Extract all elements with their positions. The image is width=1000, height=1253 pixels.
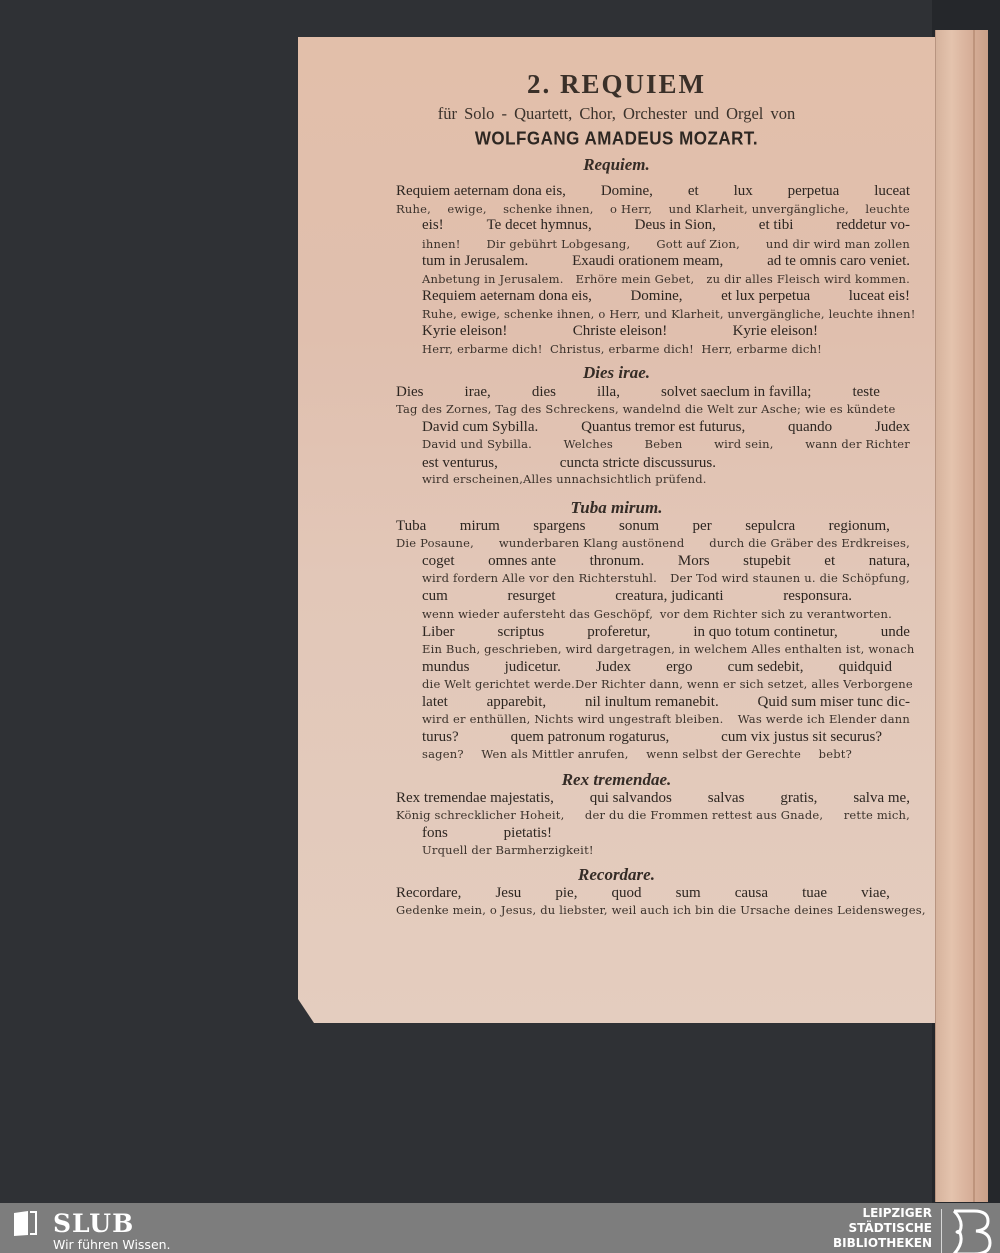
text-segment: in quo totum continetur, <box>693 624 837 641</box>
section-heading: Rex tremendae. <box>298 770 935 790</box>
text-segment: Gedenke mein, o Jesus, du liebster, weil… <box>396 903 926 917</box>
latin-text-line: Requiem aeternam dona eis,Domine,etluxpe… <box>396 183 910 200</box>
latin-text-line: Liberscriptusproferetur,in quo totum con… <box>422 624 910 641</box>
text-segment: Deus in Sion, <box>635 217 716 234</box>
text-segment: bebt? <box>819 747 852 761</box>
text-segment: David cum Sybilla. <box>422 419 538 436</box>
text-segment: Erhöre mein Gebet, <box>576 272 695 286</box>
text-segment: cum <box>422 588 448 605</box>
text-segment: responsura. <box>783 588 852 605</box>
text-segment: Alles unnachsichtlich prüfend. <box>523 472 707 486</box>
text-segment: Quantus tremor est futurus, <box>581 419 745 436</box>
text-segment: wird er enthüllen, Nichts wird ungestraf… <box>422 712 723 726</box>
text-segment: und Klarheit, unvergängliche, <box>669 202 849 216</box>
lsb-line-2: STÄDTISCHE <box>833 1221 932 1236</box>
text-segment: ewige, <box>447 202 486 216</box>
german-translation-line: Ein Buch, geschrieben, wird dargetragen,… <box>422 642 910 656</box>
text-segment: omnes ante <box>488 553 556 570</box>
text-segment: luceat <box>874 183 910 200</box>
text-segment: resurget <box>508 588 556 605</box>
text-segment: leuchte <box>865 202 910 216</box>
german-translation-line: ihnen!Dir gebührt Lobgesang,Gott auf Zio… <box>422 237 910 251</box>
lsb-line-3: BIBLIOTHEKEN <box>833 1236 932 1251</box>
latin-text-line: cogetomnes antethronum.Morsstupebitetnat… <box>422 553 910 570</box>
text-segment: Der Richter dann, wenn er sich setzet, a… <box>575 677 913 691</box>
text-segment: illa, <box>597 384 620 401</box>
text-segment: ad te omnis caro veniet. <box>767 253 910 270</box>
footer-bar: SLUB Wir führen Wissen. LEIPZIGER STÄDTI… <box>0 1203 1000 1253</box>
text-segment: turus? <box>422 729 459 746</box>
german-translation-line: Die Posaune,wunderbaren Klang austönendd… <box>396 536 910 550</box>
text-segment: Herr, erbarme dich! <box>422 342 543 356</box>
lsb-line-1: LEIPZIGER <box>833 1206 932 1221</box>
text-segment: quem patronum rogaturus, <box>511 729 670 746</box>
text-segment: Tuba <box>396 518 426 535</box>
text-segment: regionum, <box>829 518 890 535</box>
german-translation-line: wird erscheinen,Alles unnachsichtlich pr… <box>422 472 682 486</box>
text-segment: cum vix justus sit securus? <box>721 729 882 746</box>
text-segment: Die Posaune, <box>396 536 474 550</box>
text-segment: quando <box>788 419 832 436</box>
text-segment: der du die Frommen rettest aus Gnade, <box>585 808 823 822</box>
text-segment: et tibi <box>759 217 794 234</box>
text-segment: eis! <box>422 217 444 234</box>
text-segment: unde <box>881 624 910 641</box>
text-segment: tum in Jerusalem. <box>422 253 528 270</box>
text-segment: Welches <box>564 437 613 451</box>
text-segment: per <box>693 518 712 535</box>
latin-text-line: Requiem aeternam dona eis,Domine,et lux … <box>422 288 910 305</box>
german-translation-line: die Welt gerichtet werde.Der Richter dan… <box>422 677 910 691</box>
text-segment: fons <box>422 825 448 842</box>
section-heading: Tuba mirum. <box>298 498 935 518</box>
text-segment: Tag des Zornes, Tag des Schreckens, wand… <box>396 402 896 416</box>
text-segment: Der Tod wird staunen u. die Schöpfung, <box>670 571 910 585</box>
latin-text-line: David cum Sybilla.Quantus tremor est fut… <box>422 419 910 436</box>
text-segment: Kyrie eleison! <box>422 323 507 340</box>
text-segment: Quid sum miser tunc dic- <box>758 694 910 711</box>
text-segment: Dies <box>396 384 424 401</box>
text-segment: salvas <box>708 790 745 807</box>
text-segment: latet <box>422 694 448 711</box>
text-segment: wird fordern Alle vor den Richterstuhl. <box>422 571 657 585</box>
text-segment: wenn wieder aufersteht das Geschöpf, <box>422 607 653 621</box>
text-segment: vor dem Richter sich zu verantworten. <box>660 607 892 621</box>
lsb-logo-text: LEIPZIGER STÄDTISCHE BIBLIOTHEKEN <box>833 1206 932 1251</box>
composer-name: WOLFGANG AMADEUS MOZART. <box>298 128 935 150</box>
latin-text-line: fonspietatis! <box>422 825 552 842</box>
text-segment: cuncta stricte discussurus. <box>560 455 716 472</box>
text-segment: Liber <box>422 624 454 641</box>
text-segment: Ruhe, ewige, schenke ihnen, o Herr, und … <box>422 307 916 321</box>
text-segment: gratis, <box>780 790 817 807</box>
text-segment: et lux perpetua <box>721 288 810 305</box>
latin-text-line: cumresurgetcreatura, judicantiresponsura… <box>422 588 852 605</box>
text-segment: Mors <box>678 553 710 570</box>
text-segment: Was werde ich Elender dann <box>738 712 910 726</box>
latin-text-line: tum in Jerusalem.Exaudi orationem meam,a… <box>422 253 910 270</box>
german-translation-line: Ruhe,ewige,schenke ihnen,o Herr,und Klar… <box>396 202 910 216</box>
text-segment: Ruhe, <box>396 202 431 216</box>
latin-text-line: Diesirae,diesilla,solvet saeclum in favi… <box>396 384 880 401</box>
german-translation-line: Anbetung in Jerusalem.Erhöre mein Gebet,… <box>422 272 910 286</box>
text-segment: Domine, <box>601 183 653 200</box>
text-segment: die Welt gerichtet werde. <box>422 677 575 691</box>
text-segment: sagen? <box>422 747 464 761</box>
slub-logo-icon <box>12 1209 40 1237</box>
text-segment: Christus, erbarme dich! <box>550 342 694 356</box>
text-segment: Anbetung in Jerusalem. <box>422 272 564 286</box>
text-segment: coget <box>422 553 454 570</box>
book-spine-edge <box>935 30 988 1202</box>
text-segment: Jesu <box>495 885 521 902</box>
text-segment: Herr, erbarme dich! <box>701 342 822 356</box>
text-segment: luceat eis! <box>849 288 910 305</box>
text-segment: sum <box>676 885 701 902</box>
german-translation-line: Gedenke mein, o Jesus, du liebster, weil… <box>396 903 910 917</box>
german-translation-line: Ruhe, ewige, schenke ihnen, o Herr, und … <box>422 307 910 321</box>
text-segment: cum sedebit, <box>728 659 804 676</box>
text-segment: stupebit <box>743 553 791 570</box>
text-segment: apparebit, <box>487 694 547 711</box>
text-segment: wann der Richter <box>805 437 910 451</box>
section-heading: Requiem. <box>298 155 935 175</box>
text-segment: David und Sybilla. <box>422 437 532 451</box>
text-segment: nil inultum remanebit. <box>585 694 719 711</box>
text-segment: thronum. <box>590 553 645 570</box>
text-segment: rette mich, <box>844 808 910 822</box>
text-segment: und dir wird man zollen <box>766 237 910 251</box>
latin-text-line: Tubamirumspargenssonumpersepulcraregionu… <box>396 518 890 535</box>
text-segment: pie, <box>555 885 577 902</box>
text-segment: quidquid <box>839 659 892 676</box>
text-segment: Judex <box>875 419 910 436</box>
german-translation-line: wird fordern Alle vor den Richterstuhl.D… <box>422 571 910 585</box>
text-segment: mundus <box>422 659 470 676</box>
text-segment: wird sein, <box>714 437 773 451</box>
latin-text-line: Recordare,Jesupie,quodsumcausatuaeviae, <box>396 885 890 902</box>
latin-text-line: est venturus,cuncta stricte discussurus. <box>422 455 716 472</box>
latin-text-line: latetapparebit,nil inultum remanebit.Qui… <box>422 694 910 711</box>
text-segment: qui salvandos <box>590 790 672 807</box>
text-segment: creatura, judicanti <box>615 588 723 605</box>
text-segment: o Herr, <box>610 202 652 216</box>
text-segment: durch die Gräber des Erdkreises, <box>709 536 910 550</box>
text-segment: tuae <box>802 885 827 902</box>
text-segment: mirum <box>460 518 500 535</box>
text-segment: scriptus <box>498 624 545 641</box>
text-segment: teste <box>852 384 880 401</box>
text-segment: Te decet hymnus, <box>487 217 592 234</box>
text-segment: et <box>688 183 699 200</box>
german-translation-line: David und Sybilla.WelchesBebenwird sein,… <box>422 437 910 451</box>
text-segment: Dir gebührt Lobgesang, <box>487 237 631 251</box>
text-segment: wunderbaren Klang austönend <box>499 536 685 550</box>
text-segment: sonum <box>619 518 659 535</box>
text-segment: causa <box>735 885 768 902</box>
text-segment: wird erscheinen, <box>422 472 523 486</box>
german-translation-line: Tag des Zornes, Tag des Schreckens, wand… <box>396 402 910 416</box>
text-segment: wenn selbst der Gerechte <box>646 747 801 761</box>
text-segment: ergo <box>666 659 692 676</box>
text-segment: Kyrie eleison! <box>733 323 818 340</box>
latin-text-line: Kyrie eleison!Christe eleison!Kyrie elei… <box>422 323 818 340</box>
scanned-page: 2. REQUIEM für Solo - Quartett, Chor, Or… <box>298 37 935 1023</box>
text-segment: est venturus, <box>422 455 498 472</box>
text-segment: Gott auf Zion, <box>656 237 740 251</box>
german-translation-line: Urquell der Barmherzigkeit! <box>422 843 592 857</box>
lsb-logo-icon <box>950 1209 992 1253</box>
text-segment: Urquell der Barmherzigkeit! <box>422 843 594 857</box>
text-segment: Christe eleison! <box>573 323 668 340</box>
text-segment: Requiem aeternam dona eis, <box>396 183 566 200</box>
text-segment: ihnen! <box>422 237 461 251</box>
text-segment: Judex <box>596 659 631 676</box>
text-segment: spargens <box>533 518 585 535</box>
slub-logo-text: SLUB <box>53 1209 134 1238</box>
text-segment: reddetur vo- <box>836 217 910 234</box>
section-heading: Dies irae. <box>298 363 935 383</box>
text-segment: quod <box>612 885 642 902</box>
text-segment: judicetur. <box>505 659 561 676</box>
page-subtitle: für Solo - Quartett, Chor, Orchester und… <box>298 104 935 124</box>
text-segment: Exaudi orationem meam, <box>572 253 723 270</box>
text-segment: proferetur, <box>587 624 650 641</box>
text-segment: Domine, <box>630 288 682 305</box>
text-segment: Recordare, <box>396 885 461 902</box>
text-segment: dies <box>532 384 556 401</box>
latin-text-line: Rex tremendae majestatis,qui salvandossa… <box>396 790 910 807</box>
text-segment: pietatis! <box>504 825 552 842</box>
section-heading: Recordare. <box>298 865 935 885</box>
text-segment: zu dir alles Fleisch wird kommen. <box>706 272 910 286</box>
text-segment: salva me, <box>853 790 910 807</box>
text-segment: viae, <box>861 885 890 902</box>
text-segment: Requiem aeternam dona eis, <box>422 288 592 305</box>
latin-text-line: turus?quem patronum rogaturus,cum vix ju… <box>422 729 882 746</box>
text-segment: solvet saeclum in favilla; <box>661 384 811 401</box>
text-segment: schenke ihnen, <box>503 202 594 216</box>
text-segment: et <box>824 553 835 570</box>
german-translation-line: König schrecklicher Hoheit,der du die Fr… <box>396 808 910 822</box>
page-title: 2. REQUIEM <box>298 69 935 100</box>
slub-tagline: Wir führen Wissen. <box>53 1237 171 1252</box>
spine-crease <box>973 30 975 1202</box>
text-segment: perpetua <box>788 183 840 200</box>
latin-text-line: mundusjudicetur.Judexergocum sedebit,qui… <box>422 659 892 676</box>
text-segment: Ein Buch, geschrieben, wird dargetragen,… <box>422 642 914 656</box>
german-translation-line: wird er enthüllen, Nichts wird ungestraf… <box>422 712 910 726</box>
german-translation-line: wenn wieder aufersteht das Geschöpf,vor … <box>422 607 892 621</box>
german-translation-line: sagen?Wen als Mittler anrufen,wenn selbs… <box>422 747 852 761</box>
text-segment: irae, <box>465 384 491 401</box>
text-segment: Rex tremendae majestatis, <box>396 790 554 807</box>
text-segment: Beben <box>645 437 683 451</box>
latin-text-line: eis!Te decet hymnus,Deus in Sion,et tibi… <box>422 217 910 234</box>
text-segment: lux <box>734 183 753 200</box>
text-segment: Wen als Mittler anrufen, <box>481 747 628 761</box>
german-translation-line: Herr, erbarme dich!Christus, erbarme dic… <box>422 342 822 356</box>
text-segment: natura, <box>869 553 910 570</box>
text-segment: König schrecklicher Hoheit, <box>396 808 564 822</box>
text-segment: sepulcra <box>745 518 795 535</box>
logo-divider <box>941 1209 942 1253</box>
